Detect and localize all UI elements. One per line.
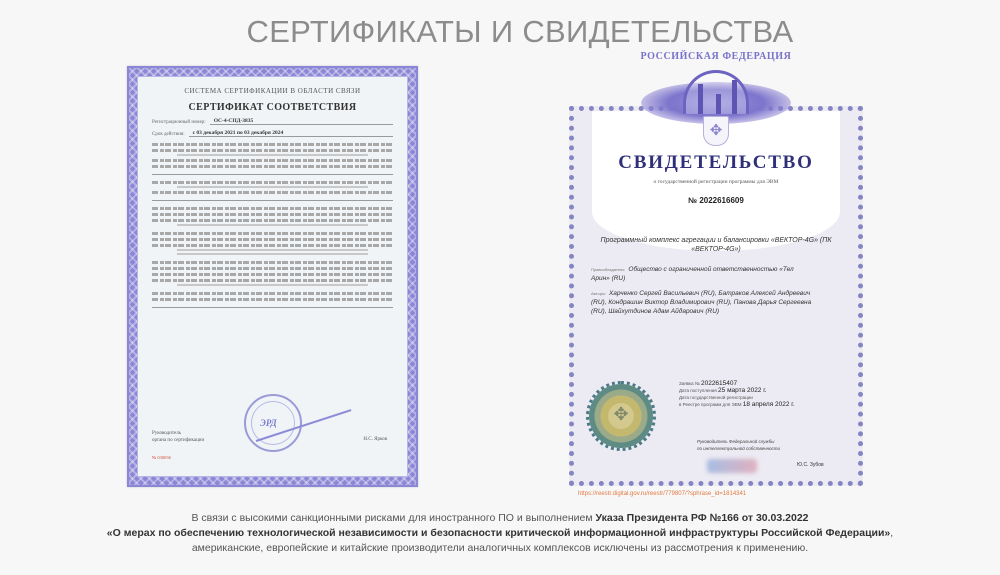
slide-title: СЕРТИФИКАТЫ И СВИДЕТЕЛЬСТВА — [0, 14, 1000, 50]
certificate-text-block — [152, 143, 393, 168]
certificate-heading: СЕРТИФИКАТ СООТВЕТСТВИЯ — [152, 102, 393, 113]
certificate-text-block — [152, 292, 393, 301]
certificate-body: СИСТЕМА СЕРТИФИКАЦИИ В ОБЛАСТИ СВЯЗИ СЕР… — [137, 76, 408, 477]
certificate-validity-label: Срок действия: — [152, 132, 185, 137]
certificate-footer: Руководитель органа по сертификации ЭРД … — [152, 390, 393, 460]
certificate-validity-row: Срок действия: с 03 декабря 2021 по 03 д… — [152, 130, 393, 137]
signer-name: Ю.С. Зубов — [797, 462, 824, 468]
certificate-system: СИСТЕМА СЕРТИФИКАЦИИ В ОБЛАСТИ СВЯЗИ — [152, 87, 393, 95]
certificate-text-block — [152, 232, 393, 255]
program-name: Программный комплекс агрегации и баланси… — [597, 236, 835, 254]
certificate-sign-name: Н.С. Ярков — [363, 437, 387, 442]
certificate-text-block — [152, 207, 393, 226]
authors: Авторы:Харченко Сергей Васильевич (RU), … — [591, 289, 825, 316]
certificate-serial: № 030036 — [152, 455, 171, 460]
rights-holder: Правообладатель:Общество с ограниченной … — [591, 266, 805, 283]
registration-title: СВИДЕТЕЛЬСТВО — [567, 152, 865, 174]
certificate-text-block — [152, 261, 393, 286]
signature-icon — [707, 459, 757, 473]
footer-text: В связи с высокими санкционными рисками … — [0, 511, 1000, 556]
certificate-reg-row: Регистрационный номер: ОС-4-СПД-3835 — [152, 118, 393, 125]
stamp-icon: ЭРД — [244, 394, 302, 452]
registry-link[interactable]: https://reestr.digital.gov.ru/reestr/779… — [578, 491, 746, 497]
certificate-reg-value: ОС-4-СПД-3835 — [210, 118, 393, 125]
footer-line-2: «О мерах по обеспечению технологической … — [0, 526, 1000, 541]
registration-country: РОССИЙСКАЯ ФЕДЕРАЦИЯ — [567, 51, 865, 62]
seal-icon — [589, 384, 653, 448]
registration-certificate: РОССИЙСКАЯ ФЕДЕРАЦИЯ СВИДЕТЕЛЬСТВО о гос… — [567, 46, 865, 486]
registration-subtitle: о государственной регистрации программы … — [567, 179, 865, 185]
footer-line-1: В связи с высокими санкционными рисками … — [0, 511, 1000, 526]
service-head: Руководитель Федеральной службы по интел… — [697, 438, 780, 452]
footer-line-3: американские, европейские и китайские пр… — [0, 541, 1000, 556]
certificate-sign-label: Руководитель органа по сертификации — [152, 430, 204, 444]
certificate-reg-label: Регистрационный номер: — [152, 120, 206, 125]
certificate-text-block — [152, 181, 393, 194]
registration-number: № 2022616609 — [567, 196, 865, 205]
registration-dates: Заявка № 2022615407 Дата поступления 25 … — [679, 380, 795, 408]
certificate-validity-value: с 03 декабря 2021 по 03 декабря 2024 — [189, 130, 393, 137]
coat-of-arms-icon — [703, 116, 729, 146]
certificate-of-conformity: СИСТЕМА СЕРТИФИКАЦИИ В ОБЛАСТИ СВЯЗИ СЕР… — [127, 66, 418, 487]
